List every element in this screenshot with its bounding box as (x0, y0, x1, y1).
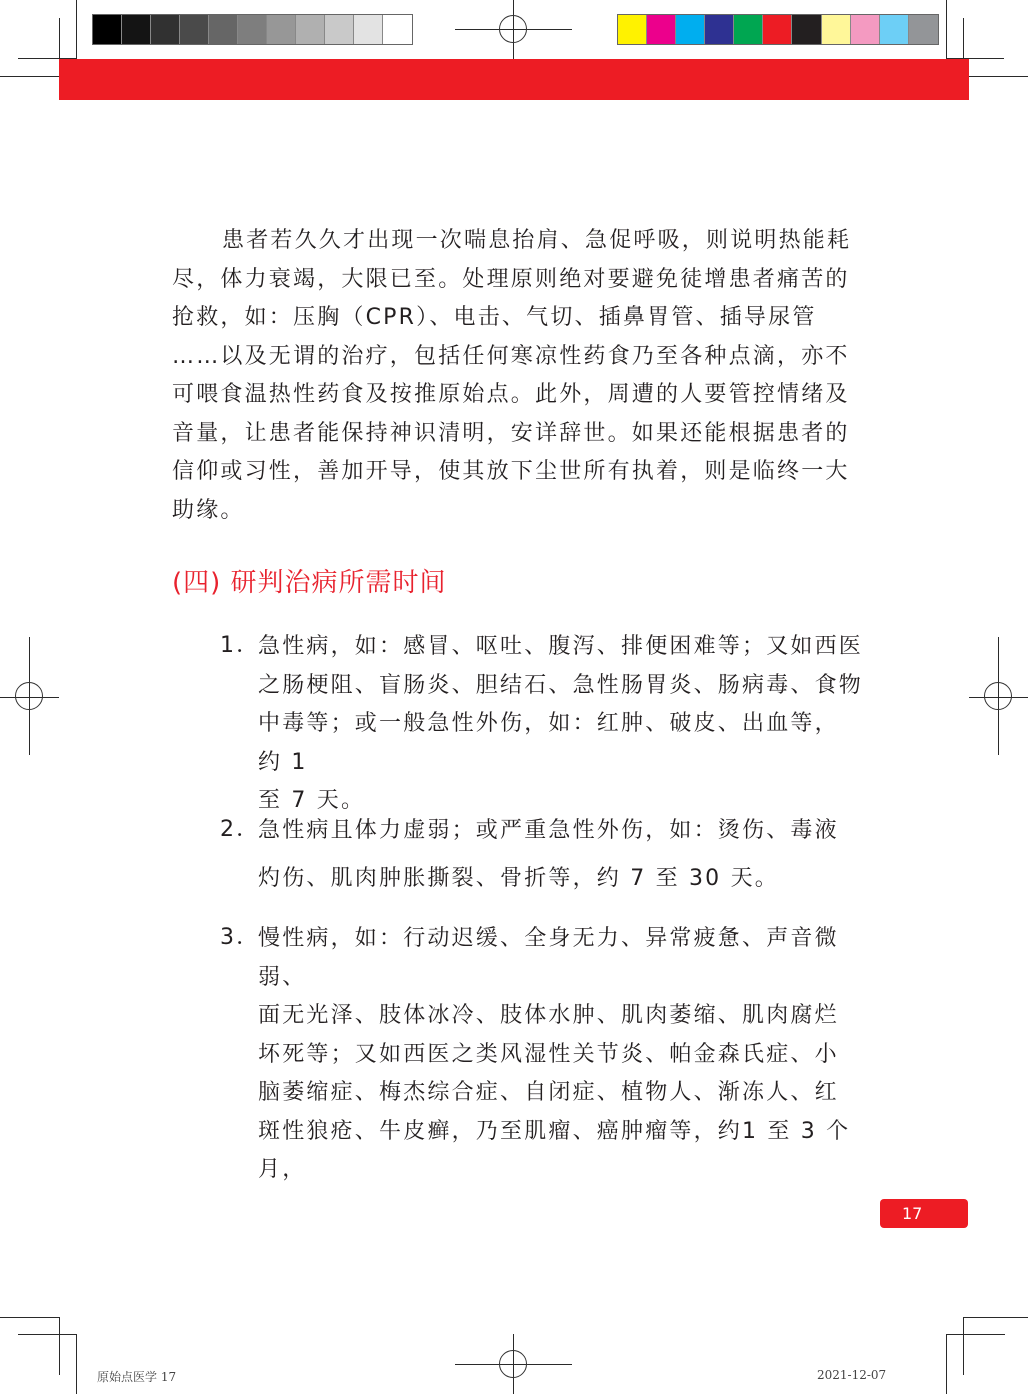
list-item-line: 脑萎缩症、梅杰综合症、自闭症、植物人、渐冻人、红 (258, 1074, 865, 1113)
crop-mark-top-left-v1 (76, 0, 77, 59)
color-swatch (267, 15, 296, 44)
list-item-3: 3． 慢性病，如：行动迟缓、全身无力、异常疲惫、声音微弱、 面无光泽、肢体冰冷、… (220, 920, 865, 1190)
color-swatch (238, 15, 267, 44)
paragraph-line: 信仰或习性，善加开导，使其放下尘世所有执着，则是临终一大 (172, 453, 862, 492)
body-paragraph: 患者若久久才出现一次喘息抬肩、急促呼吸，则说明热能耗 尽，体力衰竭，大限已至。处… (172, 222, 862, 530)
crop-mark-top-left-h2 (0, 76, 59, 77)
footer-left-slug: 原始点医学 17 (97, 1368, 176, 1385)
paragraph-line: 助缘。 (172, 492, 862, 531)
color-swatch (647, 15, 676, 44)
list-item-1: 1． 急性病，如：感冒、呕吐、腹泻、排便困难等；又如西医 之肠梗阻、盲肠炎、胆结… (220, 628, 865, 821)
page-number-badge: 17 (880, 1199, 968, 1228)
list-item-line: 急性病且体力虚弱；或严重急性外伤，如：烫伤、毒液 (258, 812, 865, 851)
color-swatch (880, 15, 909, 44)
crop-mark-bottom-right-v2 (946, 1334, 947, 1394)
paragraph-line: 抢救，如：压胸（CPR）、电击、气切、插鼻胃管、插导尿管 (172, 299, 862, 338)
list-item-number: 1． (220, 628, 260, 659)
crop-mark-top-right-h2 (963, 76, 1028, 77)
grayscale-swatch-bar (92, 14, 413, 45)
crop-mark-bottom-left-h2 (18, 1334, 76, 1335)
color-swatch (822, 15, 851, 44)
footer-date: 2021-12-07 (817, 1368, 886, 1382)
crop-mark-top-right-v1 (946, 0, 947, 59)
crop-mark-bottom-left-v2 (76, 1334, 77, 1394)
list-item-line: 斑性狼疮、牛皮癣，乃至肌瘤、癌肿瘤等，约1 至 3 个月， (258, 1113, 865, 1190)
crop-mark-bottom-left-h1 (0, 1317, 59, 1318)
list-item-line: 之肠梗阻、盲肠炎、胆结石、急性肠胃炎、肠病毒、食物 (258, 667, 865, 706)
crop-mark-bottom-right-h1 (963, 1317, 1028, 1318)
color-swatch (122, 15, 151, 44)
color-swatch (705, 15, 734, 44)
list-item-2: 2． 急性病且体力虚弱；或严重急性外伤，如：烫伤、毒液 灼伤、肌肉肿胀撕裂、骨折… (220, 812, 865, 901)
color-swatch (296, 15, 325, 44)
registration-mark-left-icon (15, 682, 43, 710)
color-swatch (209, 15, 238, 44)
list-item-line: 慢性病，如：行动迟缓、全身无力、异常疲惫、声音微弱、 (258, 920, 865, 997)
registration-mark-bottom-icon (499, 1350, 527, 1378)
color-swatch (676, 15, 705, 44)
crop-mark-bottom-right-v1 (963, 1317, 964, 1375)
color-swatch (93, 15, 122, 44)
paragraph-line: 可喂食温热性药食及按推原始点。此外，周遭的人要管控情绪及 (172, 376, 862, 415)
color-swatch (325, 15, 354, 44)
color-swatch-bar (617, 14, 939, 45)
registration-mark-top-icon (499, 15, 527, 43)
color-swatch (734, 15, 763, 44)
crop-mark-bottom-right-h2 (946, 1334, 1005, 1335)
color-swatch (180, 15, 209, 44)
list-item-line: 面无光泽、肢体冰冷、肢体水肿、肌肉萎缩、肌肉腐烂 (258, 997, 865, 1036)
color-swatch (383, 15, 412, 44)
list-item-line: 急性病，如：感冒、呕吐、腹泻、排便困难等；又如西医 (258, 628, 865, 667)
registration-mark-right-icon (984, 682, 1012, 710)
list-item-line: 坏死等；又如西医之类风湿性关节炎、帕金森氏症、小 (258, 1036, 865, 1075)
crop-mark-bottom-left-v1 (59, 1317, 60, 1375)
list-item-number: 2． (220, 812, 260, 843)
crop-mark-top-left-v2 (59, 18, 60, 59)
list-item-line: 灼伤、肌肉肿胀撕裂、骨折等，约 7 至 30 天。 (258, 857, 865, 901)
color-swatch (763, 15, 792, 44)
color-swatch (851, 15, 880, 44)
color-swatch (909, 15, 938, 44)
paragraph-line: 音量，让患者能保持神识清明，安详辞世。如果还能根据患者的 (172, 415, 862, 454)
header-banner (59, 59, 969, 100)
paragraph-line: ……以及无谓的治疗，包括任何寒凉性药食乃至各种点滴，亦不 (172, 338, 862, 377)
color-swatch (354, 15, 383, 44)
section-heading: (四) 研判治病所需时间 (172, 562, 447, 599)
color-swatch (792, 15, 821, 44)
color-swatch (618, 15, 647, 44)
list-item-number: 3． (220, 920, 260, 951)
color-swatch (151, 15, 180, 44)
paragraph-line: 患者若久久才出现一次喘息抬肩、急促呼吸，则说明热能耗 (172, 222, 862, 261)
list-item-line: 中毒等；或一般急性外伤，如：红肿、破皮、出血等， 约 1 (258, 705, 865, 782)
paragraph-line: 尽，体力衰竭，大限已至。处理原则绝对要避免徒增患者痛苦的 (172, 261, 862, 300)
